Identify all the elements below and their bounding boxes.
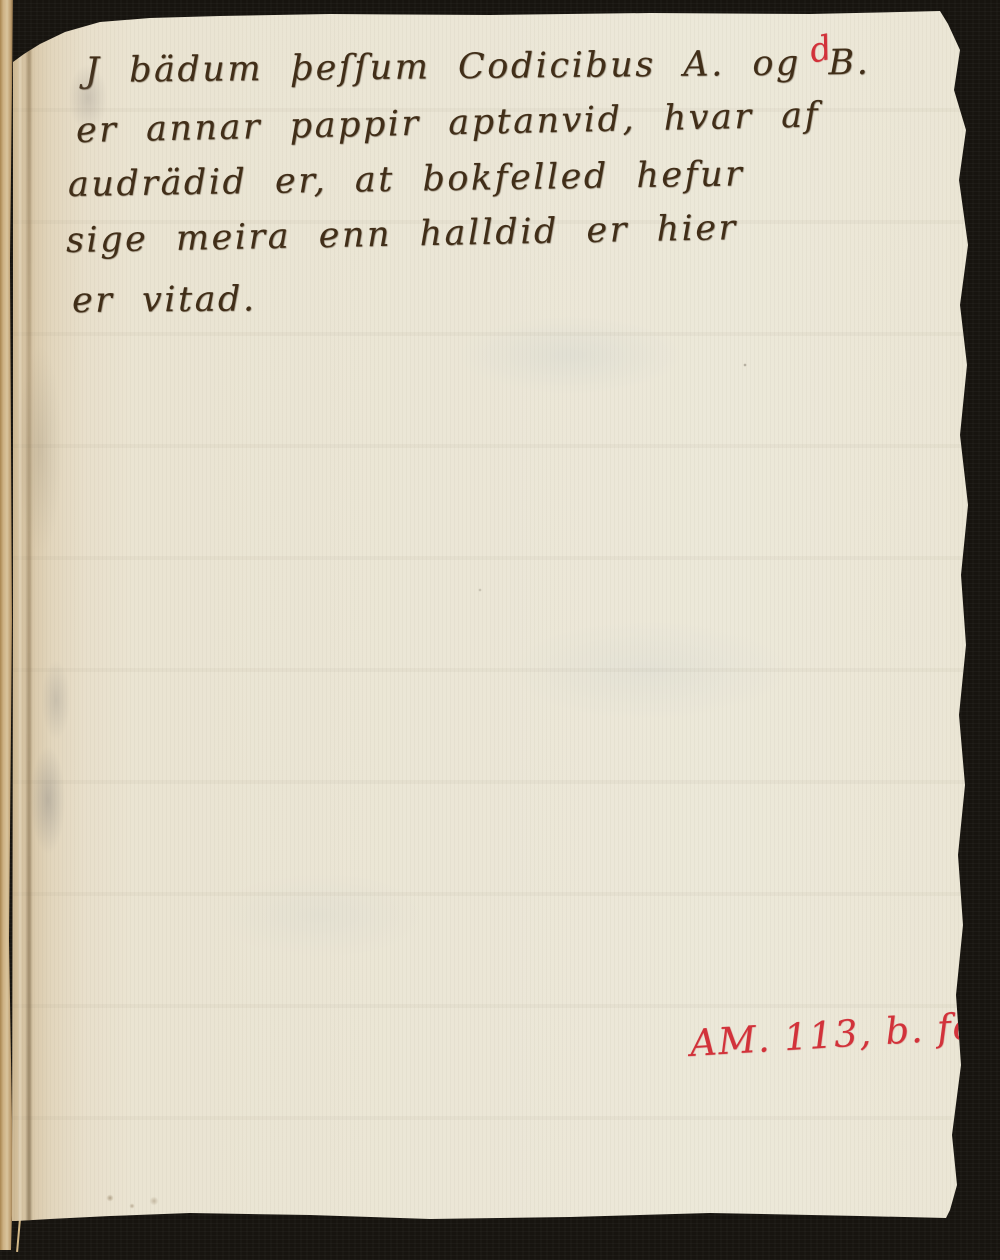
handwriting-line-3: audrädid er, at bokfelled hefur [68, 157, 745, 203]
manuscript-scan: J bädum þeſſum Codicibus A. og B. er ann… [0, 0, 1000, 1260]
gutter-seam-line [27, 10, 31, 1228]
handwriting-line-1: J bädum þeſſum Codicibus A. og B. [85, 46, 871, 89]
adjacent-leaf-edge [0, 0, 13, 1250]
handwriting-line-2: er annar pappir aptanvid, hvar af [76, 98, 821, 149]
handwriting-line-4: sige meira enn halldid er hier [66, 211, 738, 259]
gutter-crease [19, 10, 21, 1228]
handwriting-line-5: er vitad. [72, 282, 257, 319]
shelfmark-annotation: AM. 113, b. fol. [689, 1003, 1000, 1065]
manuscript-page: J bädum þeſſum Codicibus A. og B. er ann… [10, 10, 970, 1228]
